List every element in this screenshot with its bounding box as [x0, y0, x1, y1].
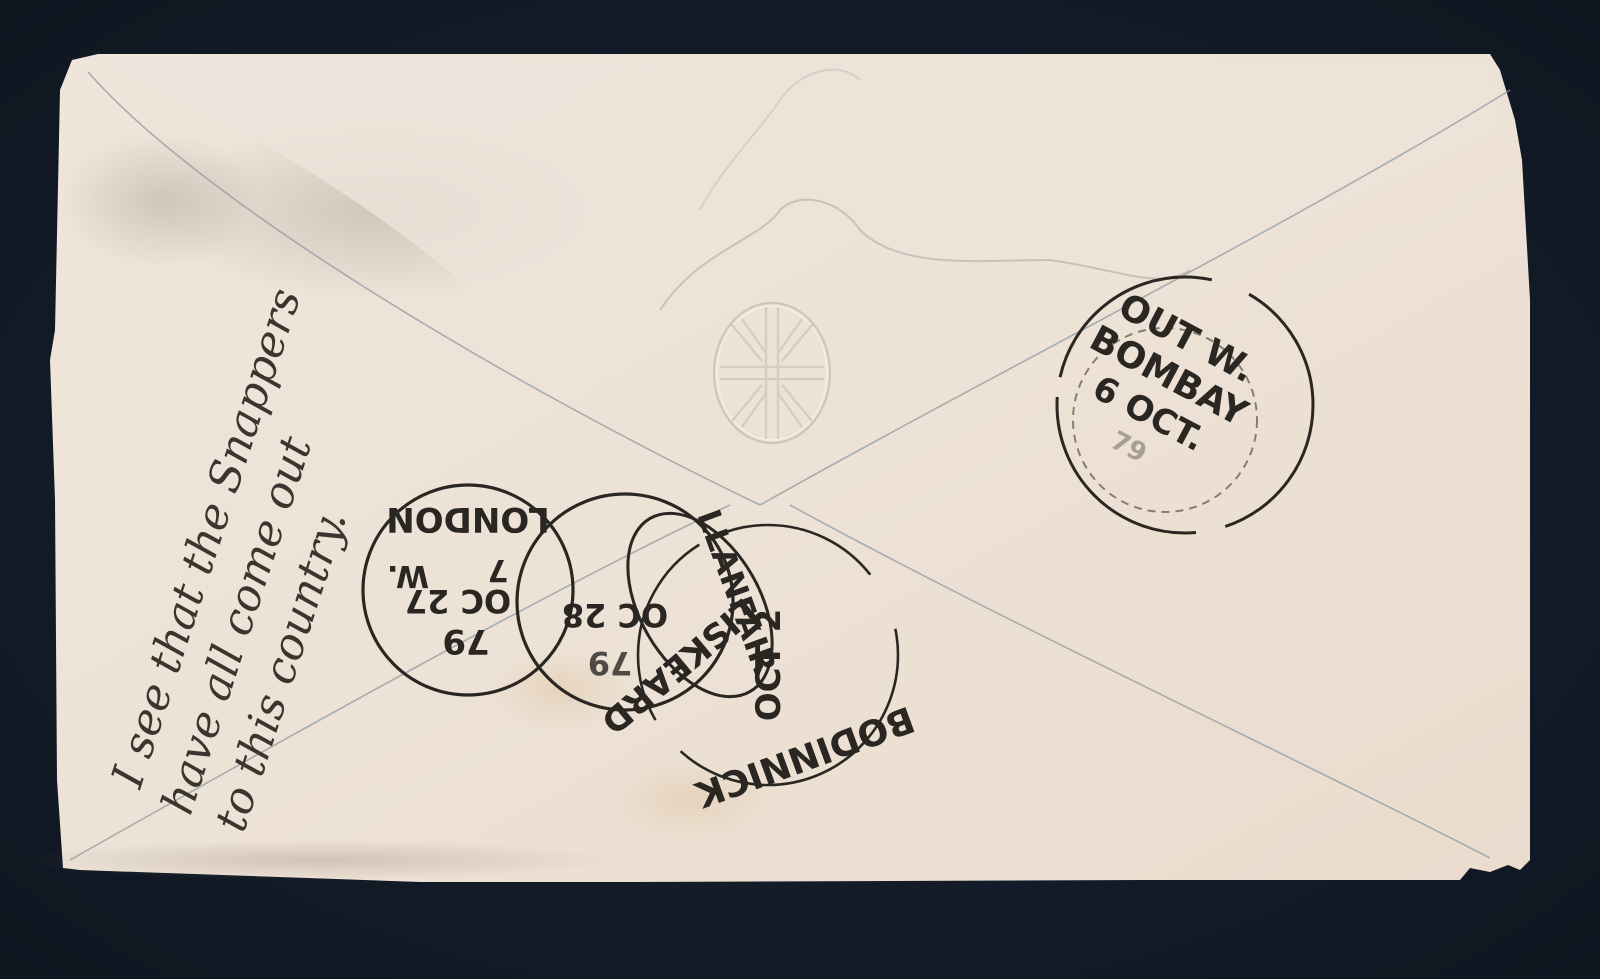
svg-text:W.: W. — [387, 558, 429, 593]
svg-text:7: 7 — [488, 552, 509, 587]
svg-text:79: 79 — [588, 644, 633, 682]
svg-text:OC 28: OC 28 — [562, 596, 668, 634]
svg-text:79: 79 — [442, 621, 489, 661]
svg-text:OCT 2: OCT 2 — [749, 609, 789, 722]
envelope-back: I see that the Snappers have all come ou… — [0, 0, 1600, 979]
svg-text:LONDON: LONDON — [386, 499, 549, 539]
